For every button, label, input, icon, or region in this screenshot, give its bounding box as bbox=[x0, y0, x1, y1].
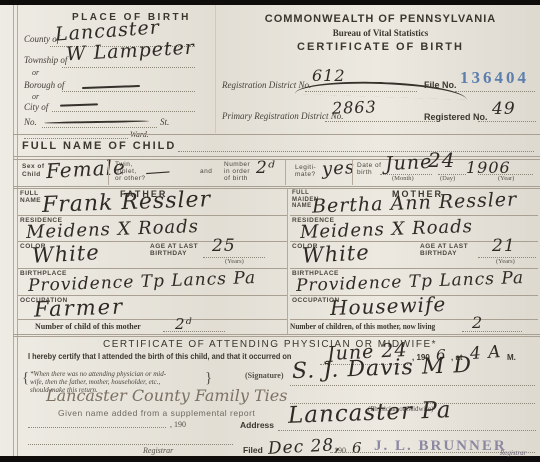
child-number-line bbox=[163, 331, 225, 332]
children-living-label: Number of children, of this mother, now … bbox=[290, 322, 448, 331]
archive-watermark: Lancaster County Family Ties bbox=[46, 386, 287, 405]
footnote-line2: wife, then the father, mother, household… bbox=[30, 378, 166, 386]
city-line bbox=[52, 111, 195, 112]
birth-order-label-line2: in order bbox=[224, 168, 250, 175]
physician-top-rule-1 bbox=[13, 334, 540, 335]
registrar-right-caption: Registrar bbox=[500, 449, 526, 457]
father-age-handwriting: 25 bbox=[212, 236, 236, 256]
full-name-of-child-label: FULL NAME OF CHILD bbox=[22, 140, 176, 152]
mother-age-handwriting: 21 bbox=[492, 236, 516, 256]
twin-value-handwriting: — bbox=[144, 161, 172, 182]
father-color-handwriting: White bbox=[31, 240, 100, 268]
address-label: Address bbox=[240, 420, 274, 430]
borough-blank-dash bbox=[82, 85, 140, 89]
twin-label-line2: triplet, bbox=[115, 168, 137, 175]
father-fullname-label-line2: NAME bbox=[20, 197, 41, 204]
father-age-label-line1: AGE AT LAST bbox=[150, 243, 198, 250]
physician-signature-handwriting: S. J. Davis M D bbox=[292, 353, 473, 384]
primary-registration-line bbox=[325, 121, 435, 122]
county-label: County of bbox=[24, 34, 59, 44]
street-number-label: No. bbox=[24, 117, 37, 127]
file-no-label: File No. bbox=[424, 80, 457, 90]
borough-line bbox=[62, 91, 195, 92]
birth-certificate-document: PLACE OF BIRTH County of Lancaster Towns… bbox=[0, 0, 540, 462]
township-line bbox=[62, 67, 195, 68]
street-label: St. bbox=[160, 117, 169, 127]
blank-date-line bbox=[28, 427, 166, 428]
birth-day-handwriting: 24 bbox=[428, 148, 455, 172]
father-years-caption: (Years) bbox=[225, 258, 244, 265]
children-living-line bbox=[462, 331, 522, 332]
left-margin-rule-inner bbox=[17, 5, 18, 456]
parents-top-rule-1 bbox=[13, 186, 540, 187]
father-name-handwriting: Frank Ressler bbox=[42, 187, 212, 218]
street-number-blank-dash bbox=[44, 120, 149, 124]
father-mother-column-divider bbox=[287, 188, 288, 334]
primary-registration-label: Primary Registration District No. bbox=[222, 111, 344, 121]
father-occupation-handwriting: Farmer bbox=[34, 294, 125, 321]
footnote-line1: *When there was no attending physician o… bbox=[30, 370, 166, 378]
commonwealth-title: COMMONWEALTH OF PENNSYLVANIA bbox=[228, 13, 533, 25]
child-number-label: Number of child of this mother bbox=[35, 322, 141, 331]
meridiem-label: M. bbox=[507, 353, 516, 362]
left-margin-rule-outer bbox=[13, 5, 14, 456]
mother-row-line-1 bbox=[290, 215, 538, 216]
signature-label: (Signature) bbox=[245, 371, 284, 380]
sex-of-child-label-line2: Child bbox=[22, 171, 41, 178]
city-blank-dash bbox=[60, 103, 98, 106]
footnote-brace-right: } bbox=[205, 370, 212, 387]
header-divider bbox=[13, 134, 540, 135]
father-row-line-1 bbox=[18, 215, 287, 216]
footnote-brace-left: { bbox=[22, 370, 29, 387]
physician-section-title: CERTIFICATE OF ATTENDING PHYSICIAN OR MI… bbox=[0, 339, 540, 350]
township-label: Township of bbox=[24, 55, 67, 65]
mother-name-handwriting: Bertha Ann Ressler bbox=[312, 188, 518, 217]
birth-order-value-handwriting: 2ᵈ bbox=[256, 158, 276, 178]
certificate-of-birth-title: CERTIFICATE OF BIRTH bbox=[228, 41, 533, 53]
borough-label: Borough of bbox=[24, 80, 64, 90]
address-line bbox=[278, 430, 536, 431]
bureau-subtitle: Bureau of Vital Statistics bbox=[228, 28, 533, 38]
parents-top-rule-2 bbox=[13, 188, 540, 189]
filed-year-handwriting: 6 bbox=[352, 439, 363, 457]
full-name-of-child-line bbox=[178, 151, 534, 152]
physician-top-rule-2 bbox=[13, 336, 540, 337]
registered-no-value-handwriting: 49 bbox=[492, 99, 516, 119]
mother-row-line-5 bbox=[290, 319, 538, 320]
scan-top-edge bbox=[0, 0, 540, 5]
or-label-2: or bbox=[32, 92, 39, 101]
twin-label-line1: Twin, bbox=[115, 161, 133, 168]
date-of-birth-label-line2: birth bbox=[357, 169, 372, 176]
file-no-line bbox=[455, 91, 535, 92]
mother-years-caption: (Years) bbox=[496, 258, 515, 265]
signature-line bbox=[290, 385, 535, 386]
or-label-1: or bbox=[32, 68, 39, 77]
ward-line bbox=[24, 138, 128, 139]
day-caption: (Day) bbox=[440, 175, 455, 182]
paper-fold-line bbox=[215, 5, 216, 133]
child-cell-divider-2 bbox=[285, 160, 286, 185]
registration-district-label: Registration District No. bbox=[222, 80, 311, 90]
legitimate-label-line2: mate? bbox=[295, 171, 316, 178]
mother-age-label-line2: BIRTHDAY bbox=[420, 250, 457, 257]
twin-label-line3: or other? bbox=[115, 175, 146, 182]
filed-year-printed: . 190 bbox=[330, 446, 346, 455]
file-no-stamp-value: 136404 bbox=[460, 68, 529, 88]
address-handwriting: Lancaster Pa bbox=[288, 397, 452, 429]
month-caption: (Month) bbox=[392, 175, 414, 182]
mother-color-handwriting: White bbox=[301, 240, 370, 268]
blank-year-label: , 190 bbox=[170, 420, 186, 429]
supplemental-report-note: Given name added from a supplemental rep… bbox=[58, 408, 255, 418]
legitimate-value-handwriting: yes bbox=[321, 157, 355, 180]
filed-label: Filed bbox=[243, 445, 263, 455]
father-fullname-label-line1: FULL bbox=[20, 190, 39, 197]
registrar-left-caption: Registrar bbox=[143, 446, 173, 455]
date-of-birth-label-line1: Date of bbox=[357, 162, 381, 169]
occurred-time-handwriting: 4 A bbox=[469, 342, 502, 364]
birth-order-label-line3: of birth bbox=[224, 175, 248, 182]
father-row-line-5 bbox=[18, 319, 287, 320]
street-number-line bbox=[42, 127, 157, 128]
mother-age-label-line1: AGE AT LAST bbox=[420, 243, 468, 250]
birth-order-label-line1: Number bbox=[224, 161, 250, 168]
registrar-left-line bbox=[28, 444, 233, 445]
child-cell-divider-3 bbox=[352, 160, 353, 185]
mother-occupation-handwriting: Housewife bbox=[330, 292, 447, 320]
and-label: and bbox=[200, 168, 212, 175]
registered-no-line bbox=[478, 121, 536, 122]
city-label: City of bbox=[24, 102, 48, 112]
year-caption: (Year) bbox=[498, 175, 514, 182]
children-living-handwriting: 2 bbox=[472, 313, 483, 332]
father-age-label-line2: BIRTHDAY bbox=[150, 250, 187, 257]
primary-registration-value-handwriting: 2863 bbox=[332, 97, 377, 118]
legitimate-label-line1: Legiti- bbox=[295, 164, 316, 171]
certify-statement: I hereby certify that I attended the bir… bbox=[28, 352, 314, 361]
child-cell-divider-1 bbox=[108, 160, 109, 185]
sex-of-child-label-line1: Sex of bbox=[22, 163, 45, 170]
birth-month-handwriting: June bbox=[384, 151, 432, 175]
